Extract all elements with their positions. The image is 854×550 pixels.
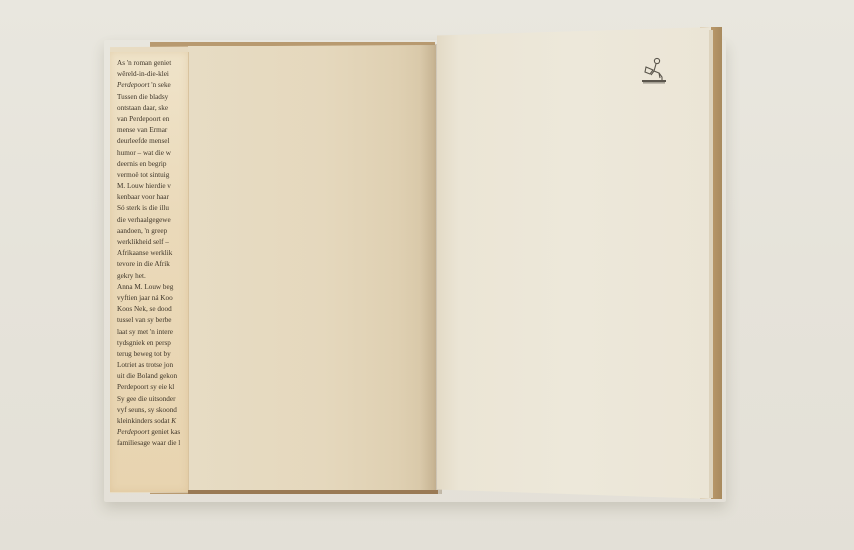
- right-page: [437, 27, 711, 499]
- flap-text-line: die verhaalgegewe: [117, 215, 189, 226]
- flap-text-line: mense van Ermar: [117, 125, 189, 136]
- flap-text-line: terug beweg tot by: [117, 349, 189, 360]
- photo-scene: As 'n roman genietwêreld-in-die-kleiPerd…: [0, 0, 854, 550]
- flap-text-line: familiesage waar die l: [117, 438, 189, 449]
- flap-text-line: Koos Nek, se dood: [117, 304, 189, 315]
- flap-text-line: Perdepoort sy eie kl: [117, 382, 189, 393]
- flap-text-line: tevore in die Afrik: [117, 259, 189, 270]
- flap-text-line: Perdepoort 'n seke: [117, 80, 189, 91]
- flap-text-line: Sy gee die uitsonder: [117, 394, 189, 405]
- flap-text-line: Anna M. Louw beg: [117, 282, 189, 293]
- flap-text-line: Tussen die bladsy: [117, 92, 189, 103]
- flap-text-line: werklikheid self –: [117, 237, 189, 248]
- flap-text-line: As 'n roman geniet: [117, 58, 189, 69]
- flap-text-line: Só sterk is die illu: [117, 203, 189, 214]
- flap-text-line: gekry het.: [117, 271, 189, 282]
- flap-text-line: kleinkinders sodat K: [117, 416, 189, 427]
- flap-text-line: deernis en begrip: [117, 159, 189, 170]
- flap-text-line: M. Louw hierdie v: [117, 181, 189, 192]
- flap-blurb-text: As 'n roman genietwêreld-in-die-kleiPerd…: [117, 58, 189, 450]
- flap-text-line: Afrikaanse werklik: [117, 248, 189, 259]
- publisher-reader-emblem-icon: [640, 55, 668, 85]
- flap-text-line: Lotriet as trotse jon: [117, 360, 189, 371]
- flap-text-line: tydsgniek en persp: [117, 338, 189, 349]
- flap-text-line: vyftien jaar ná Koo: [117, 293, 189, 304]
- flap-text-line: Perdepoort geniet kas: [117, 427, 189, 438]
- flap-text-line: aandoen, 'n greep: [117, 226, 189, 237]
- page-edge: [709, 30, 713, 498]
- flap-text-line: kenbaar voor haar: [117, 192, 189, 203]
- left-inner-page: [188, 46, 434, 492]
- flap-text-line: uit die Boland gekon: [117, 371, 189, 382]
- flap-text-line: vyf seuns, sy skoond: [117, 405, 189, 416]
- flap-text-line: wêreld-in-die-klei: [117, 69, 189, 80]
- cover-bottom-edge: [188, 490, 438, 494]
- flap-text-line: van Perdepoort en: [117, 114, 189, 125]
- flap-text-line: humor – wat die w: [117, 148, 189, 159]
- dust-jacket-flap: As 'n roman genietwêreld-in-die-kleiPerd…: [110, 52, 189, 492]
- flap-text-line: vermoë tot sintuig: [117, 170, 189, 181]
- flap-text-line: deurleefde mensel: [117, 136, 189, 147]
- flap-text-line: laat sy met 'n intere: [117, 327, 189, 338]
- flap-text-line: ontstaan daar, ske: [117, 103, 189, 114]
- flap-text-line: tussel van sy berbe: [117, 315, 189, 326]
